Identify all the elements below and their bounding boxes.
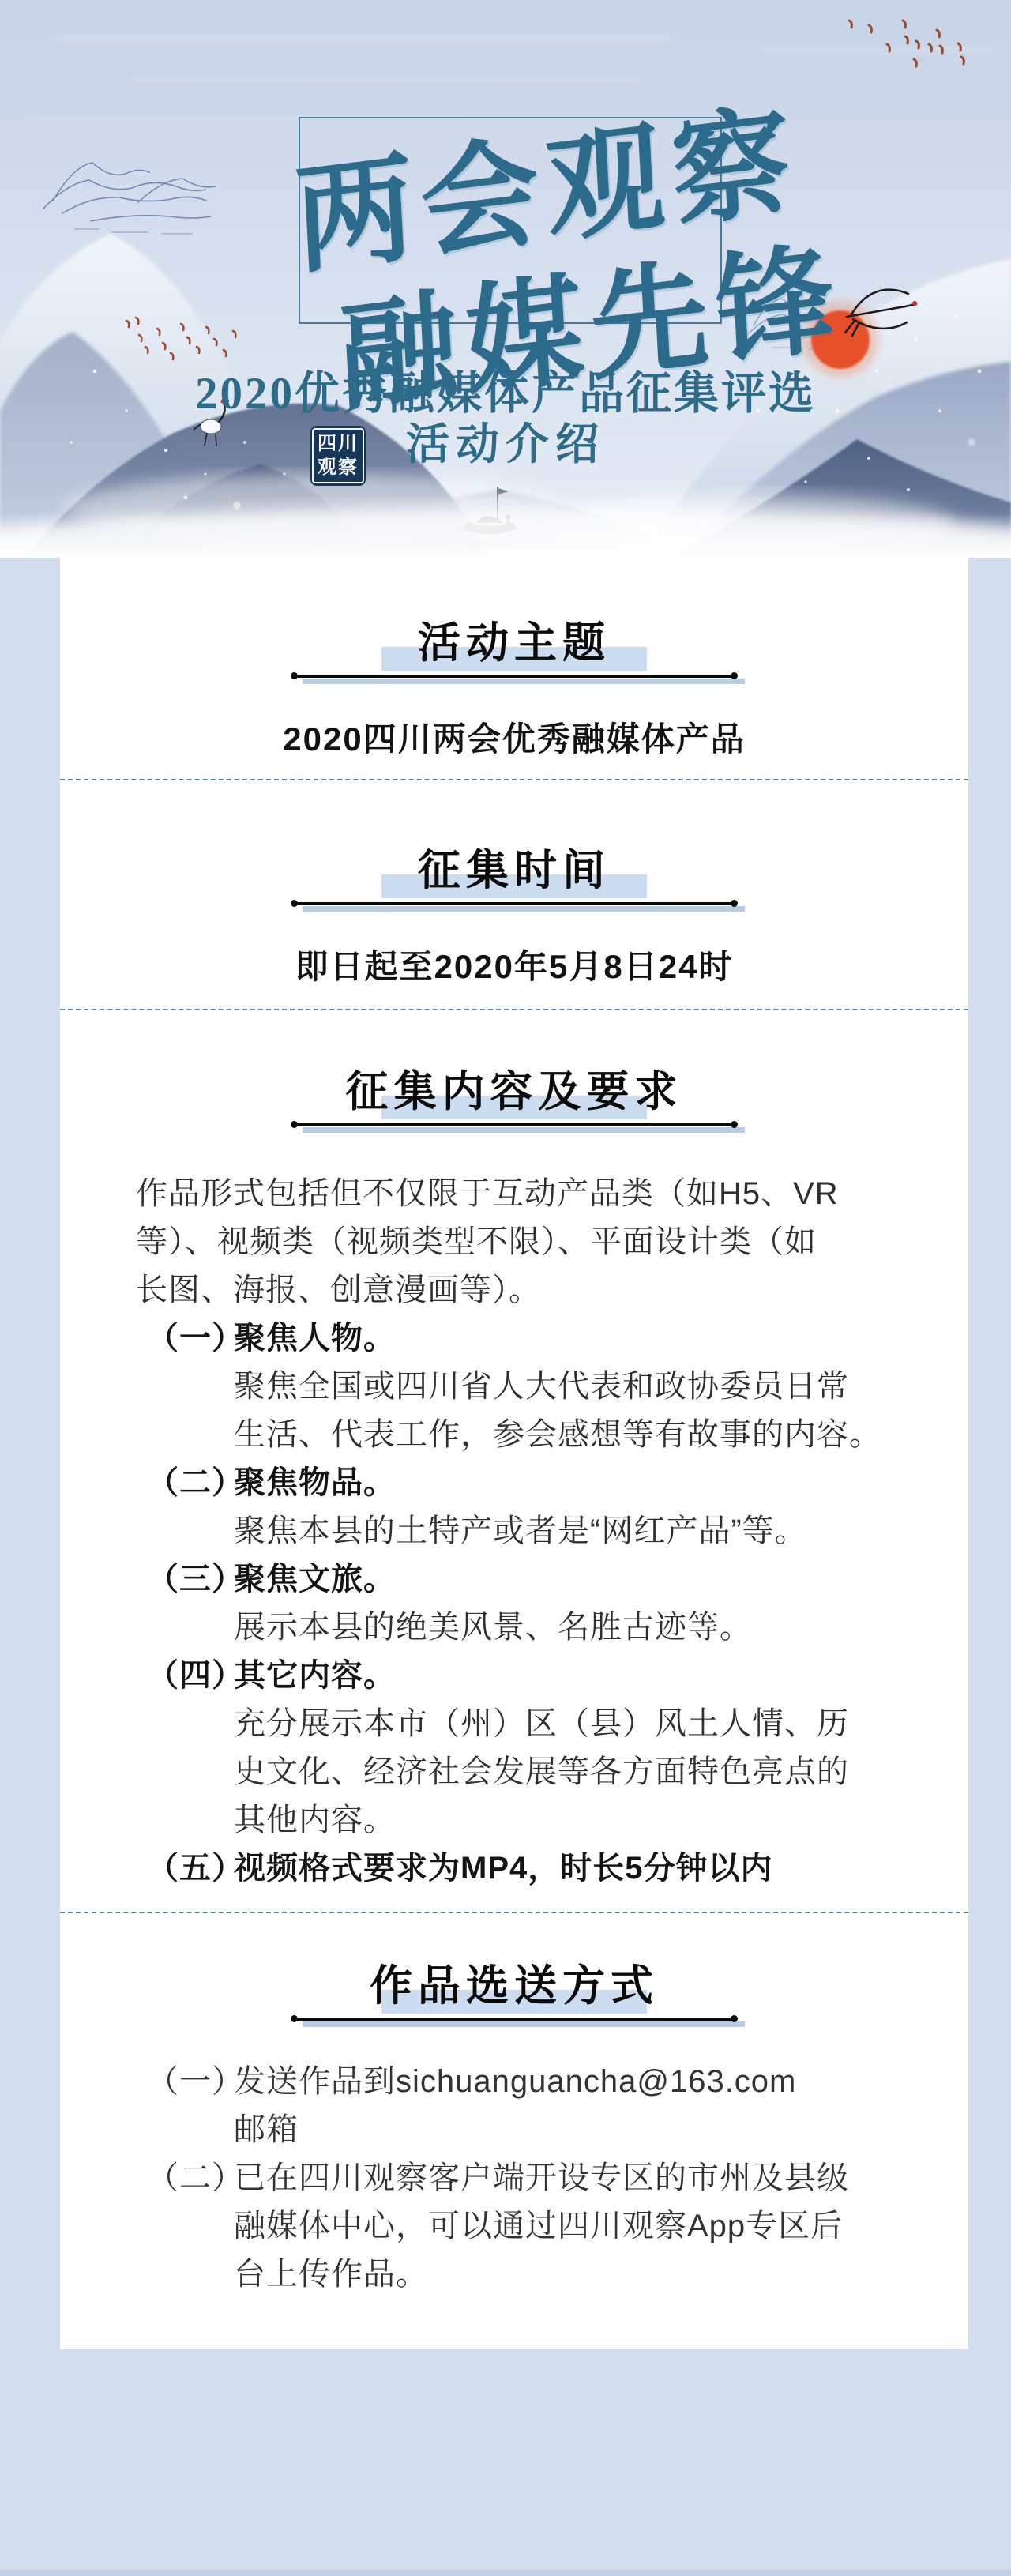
list-item-other-content: （四） 其它内容。 充分展示本市（州）区（县）风土人情、历 史文化、经济社会发展…	[136, 1652, 943, 1845]
item-desc-line: 聚焦全国或四川省人大代表和政协委员日常	[234, 1363, 943, 1411]
item-title: 其它内容。	[234, 1652, 943, 1700]
item-desc-line: 聚焦本县的土特产或者是“网红产品”等。	[234, 1507, 943, 1555]
section-content-requirements: 征集内容及要求 作品形式包括但不仅限于互动产品类（如H5、VR 等）、视频类（视…	[60, 1070, 968, 1893]
intro-line: 等）、视频类（视频类型不限）、平面设计类（如	[136, 1218, 943, 1266]
section-heading-wrap: 作品选送方式	[60, 1964, 968, 2029]
activity-theme-text: 2020四川两会优秀融媒体产品	[60, 713, 968, 761]
heading-rule-black	[293, 675, 735, 678]
event-subtitle-line2: 活动介绍	[0, 409, 1011, 472]
section-title-text: 征集时间	[418, 847, 611, 894]
item-desc-line: 融媒体中心，可以通过四川观察App专区后	[234, 2202, 943, 2251]
item-desc-line: 台上传作品。	[234, 2251, 943, 2299]
item-title: 聚焦物品。	[234, 1459, 943, 1507]
item-desc-line: 邮箱	[234, 2106, 943, 2154]
heading-rule	[293, 901, 735, 914]
bottom-edge-strip	[0, 2570, 1011, 2576]
intro-line: 作品形式包括但不仅限于互动产品类（如H5、VR	[136, 1170, 943, 1218]
list-item-email-submission: （一） 发送作品到sichuanguancha@163.com 邮箱	[136, 2058, 943, 2154]
item-number-label: （四）	[147, 1652, 244, 1700]
item-number-label: （一）	[147, 1314, 244, 1363]
section-title: 征集内容及要求	[341, 1070, 688, 1115]
section-title-text: 作品选送方式	[370, 1962, 659, 2010]
intro-line: 长图、海报、创意漫画等）。	[136, 1266, 943, 1314]
item-number-label: （一）	[147, 2058, 244, 2106]
item-number-label: （二）	[147, 2154, 244, 2202]
item-desc-line: 生活、代表工作，参会感想等有故事的内容。	[234, 1411, 943, 1459]
item-desc-line: 史文化、经济社会发展等各方面特色亮点的	[234, 1748, 943, 1796]
requirements-content: 作品形式包括但不仅限于互动产品类（如H5、VR 等）、视频类（视频类型不限）、平…	[136, 1170, 943, 1893]
list-item-focus-people: （一） 聚焦人物。 聚焦全国或四川省人大代表和政协委员日常 生活、代表工作，参会…	[136, 1314, 943, 1459]
content-card: 活动主题 2020四川两会优秀融媒体产品 征集时间	[60, 558, 968, 2349]
heading-rule	[293, 1123, 735, 1135]
item-number-label: （二）	[147, 1459, 244, 1507]
heading-rule-black	[293, 2018, 735, 2021]
item-number-label: （五）	[147, 1845, 244, 1893]
section-heading-wrap: 活动主题	[60, 621, 968, 686]
heading-rule-black	[293, 902, 735, 905]
heading-rule-black	[293, 1123, 735, 1126]
list-item-focus-objects: （二） 聚焦物品。 聚焦本县的土特产或者是“网红产品”等。	[136, 1459, 943, 1555]
list-item-focus-culture-tourism: （三） 聚焦文旅。 展示本县的绝美风景、名胜古迹等。	[136, 1555, 943, 1652]
heading-rule	[293, 674, 735, 686]
item-title: 聚焦人物。	[234, 1314, 943, 1363]
item-title: 聚焦文旅。	[234, 1555, 943, 1604]
heading-rule-blue	[303, 906, 745, 912]
section-title: 征集时间	[413, 848, 615, 893]
submission-email-line: 发送作品到sichuanguancha@163.com	[234, 2058, 943, 2106]
section-title: 作品选送方式	[365, 1964, 663, 2009]
list-item-app-submission: （二） 已在四川观察客户端开设专区的市州及县级 融媒体中心，可以通过四川观察Ap…	[136, 2154, 943, 2299]
poster-page: 两会观察 融媒先锋 四川 观察 2020优秀融媒体产品征集评选 活动介绍 活动主…	[0, 0, 1011, 2576]
dashed-divider	[60, 779, 968, 780]
header-painting: 两会观察 融媒先锋 四川 观察 2020优秀融媒体产品征集评选 活动介绍	[0, 0, 1011, 558]
item-desc-line: 充分展示本市（州）区（县）风土人情、历	[234, 1700, 943, 1748]
dashed-divider	[60, 1009, 968, 1010]
heading-rule-blue	[303, 1127, 745, 1133]
item-desc-line: 其他内容。	[234, 1796, 943, 1845]
section-heading-wrap: 征集内容及要求	[60, 1070, 968, 1135]
section-collection-time: 征集时间 即日起至2020年5月8日24时	[60, 848, 968, 988]
item-title: 视频格式要求为MP4，时长5分钟以内	[234, 1845, 943, 1893]
list-item-video-format: （五） 视频格式要求为MP4，时长5分钟以内	[136, 1845, 943, 1893]
item-desc-line: 展示本县的绝美风景、名胜古迹等。	[234, 1604, 943, 1652]
heading-rule	[293, 2017, 735, 2029]
section-activity-theme: 活动主题 2020四川两会优秀融媒体产品	[60, 621, 968, 761]
section-heading-wrap: 征集时间	[60, 848, 968, 914]
heading-rule-blue	[303, 679, 745, 684]
heading-rule-blue	[303, 2021, 745, 2027]
item-number-label: （三）	[147, 1555, 244, 1604]
section-title-text: 活动主题	[418, 619, 611, 667]
section-title-text: 征集内容及要求	[346, 1068, 683, 1115]
requirements-intro: 作品形式包括但不仅限于互动产品类（如H5、VR 等）、视频类（视频类型不限）、平…	[136, 1170, 943, 1314]
submission-content: （一） 发送作品到sichuanguancha@163.com 邮箱 （二） 已…	[136, 2058, 943, 2299]
collection-time-text: 即日起至2020年5月8日24时	[60, 941, 968, 988]
item-desc-line: 已在四川观察客户端开设专区的市州及县级	[234, 2154, 943, 2202]
section-submission-method: 作品选送方式 （一） 发送作品到sichuanguancha@163.com 邮…	[60, 1964, 968, 2299]
section-title: 活动主题	[413, 621, 615, 666]
dashed-divider	[60, 1912, 968, 1913]
